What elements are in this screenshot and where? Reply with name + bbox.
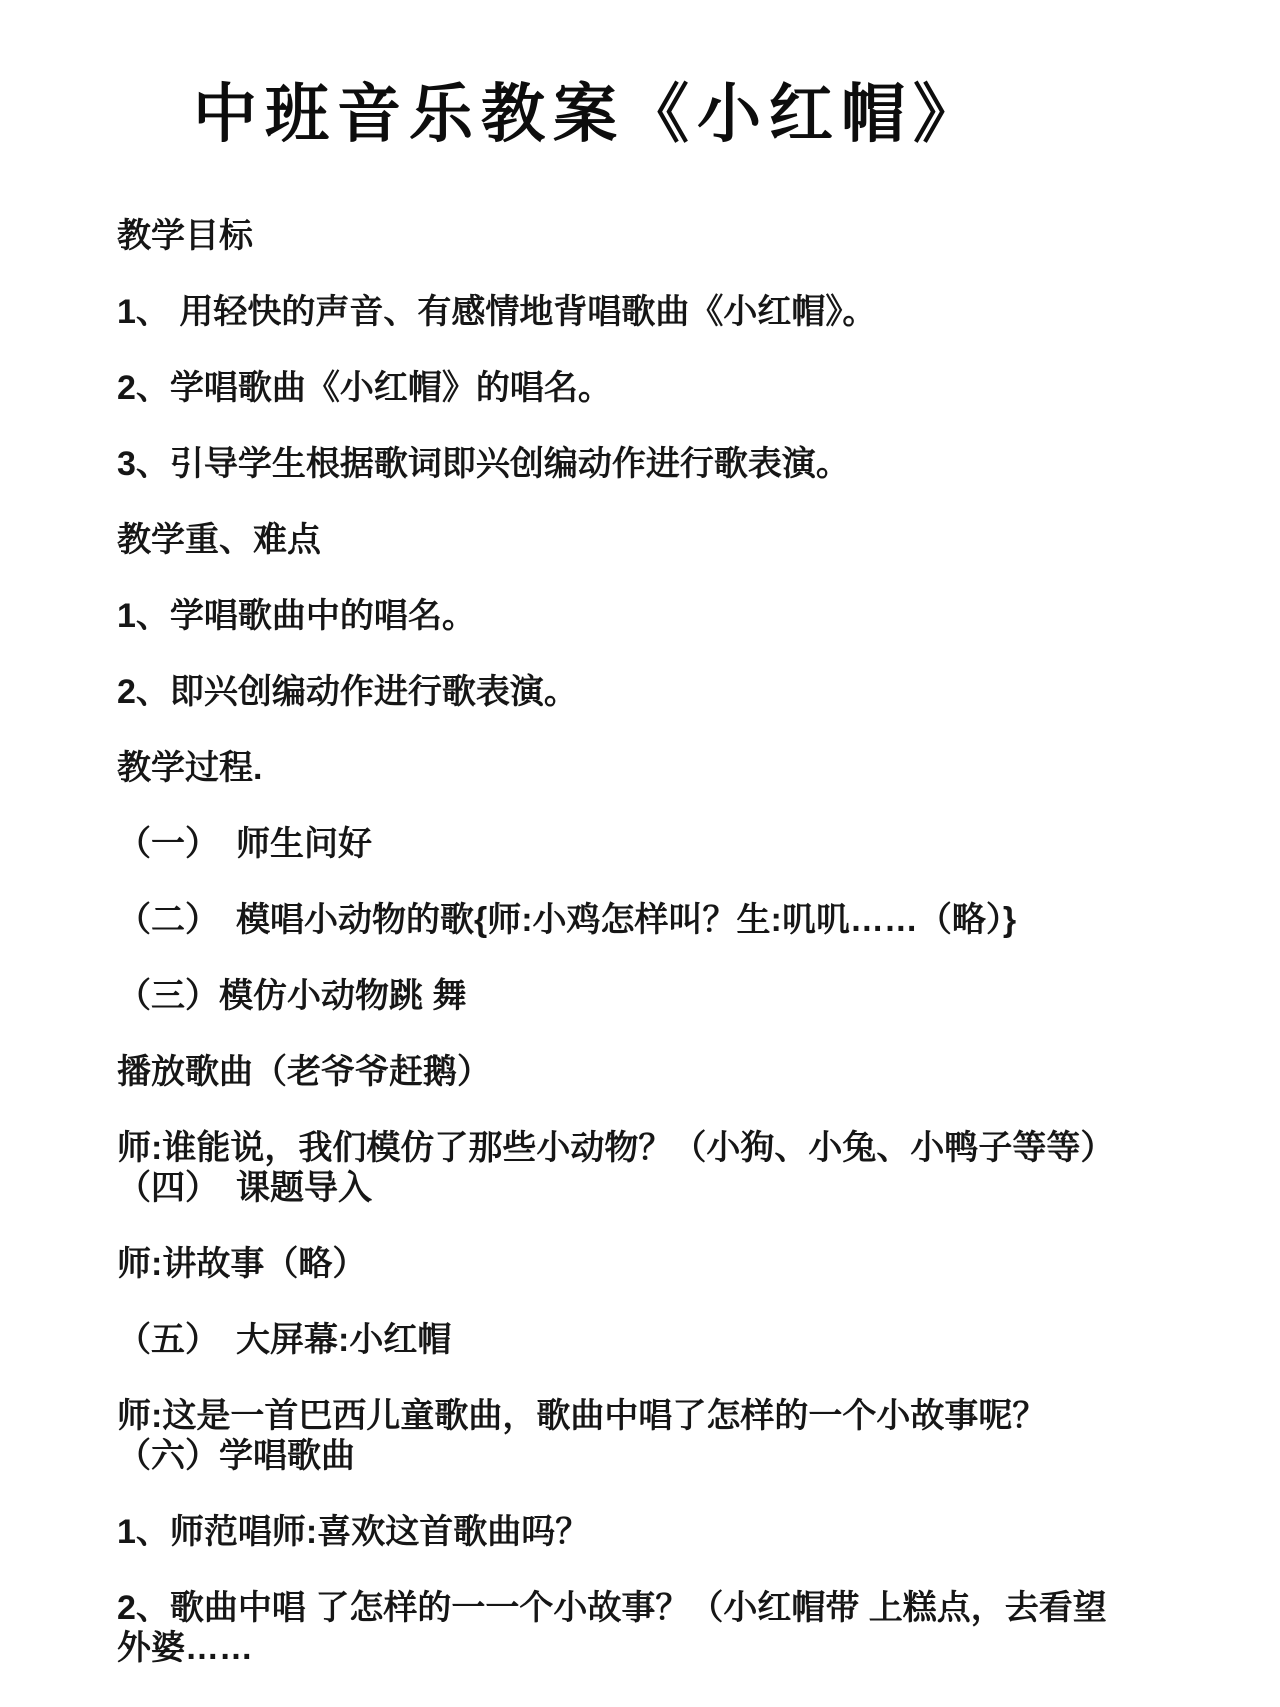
- document-title: 中班音乐教案《小红帽》: [193, 82, 1180, 146]
- text-line: （五） 大屏幕:小红帽: [117, 1320, 1180, 1360]
- text-line: 播放歌曲（老爷爷赶鹅）: [117, 1052, 1180, 1092]
- text-line: 教学过程.: [117, 748, 1180, 788]
- text-line: 师:讲故事（略）: [117, 1244, 1180, 1284]
- text-line: 师:谁能说，我们模仿了那些小动物？（小狗、小兔、小鸭子等等）: [117, 1128, 1180, 1168]
- paragraph-step-2: （二） 模唱小动物的歌{师:小鸡怎样叫？生:叽叽……（略）}: [117, 900, 1180, 940]
- paragraph-teacher-story: 师:讲故事（略）: [117, 1244, 1180, 1284]
- text-line: 1、 用轻快的声音、有感情地背唱歌曲《小红帽》。: [117, 292, 1180, 332]
- paragraph-step-3: （三）模仿小动物跳 舞: [117, 976, 1180, 1016]
- paragraph-step-1: （一） 师生问好: [117, 824, 1180, 864]
- text-line: （一） 师生问好: [117, 824, 1180, 864]
- paragraph-teaching-goals-heading: 教学目标: [117, 216, 1180, 256]
- text-line: （六）学唱歌曲: [117, 1436, 1180, 1476]
- text-line: 教学目标: [117, 216, 1180, 256]
- paragraph-key-point-2: 2、即兴创编动作进行歌表演。: [117, 672, 1180, 712]
- paragraph-teacher-question-step-4: 师:谁能说，我们模仿了那些小动物？（小狗、小兔、小鸭子等等） （四） 课题导入: [117, 1128, 1180, 1208]
- text-line: 2、即兴创编动作进行歌表演。: [117, 672, 1180, 712]
- paragraph-goal-2: 2、学唱歌曲《小红帽》的唱名。: [117, 368, 1180, 408]
- paragraph-process-heading: 教学过程.: [117, 748, 1180, 788]
- paragraph-key-point-1: 1、学唱歌曲中的唱名。: [117, 596, 1180, 636]
- text-line: 教学重、难点: [117, 520, 1180, 560]
- text-line: 1、学唱歌曲中的唱名。: [117, 596, 1180, 636]
- text-line: （四） 课题导入: [117, 1168, 1180, 1208]
- page: 中班音乐教案《小红帽》 教学目标 1、 用轻快的声音、有感情地背唱歌曲《小红帽》…: [0, 0, 1280, 1707]
- paragraph-goal-3: 3、引导学生根据歌词即兴创编动作进行歌表演。: [117, 444, 1180, 484]
- text-line: 外婆……: [117, 1628, 1180, 1668]
- paragraph-sing-2: 2、歌曲中唱 了怎样的一一个小故事？（小红帽带 上糕点，去看望 外婆……: [117, 1588, 1180, 1668]
- paragraph-sing-1: 1、师范唱师:喜欢这首歌曲吗？: [117, 1512, 1180, 1552]
- text-line: 师:这是一首巴西儿童歌曲，歌曲中唱了怎样的一个小故事呢？: [117, 1396, 1180, 1436]
- paragraph-teacher-intro-step-6: 师:这是一首巴西儿童歌曲，歌曲中唱了怎样的一个小故事呢？ （六）学唱歌曲: [117, 1396, 1180, 1476]
- text-line: 2、学唱歌曲《小红帽》的唱名。: [117, 368, 1180, 408]
- paragraph-key-points-heading: 教学重、难点: [117, 520, 1180, 560]
- paragraph-goal-1: 1、 用轻快的声音、有感情地背唱歌曲《小红帽》。: [117, 292, 1180, 332]
- text-line: （三）模仿小动物跳 舞: [117, 976, 1180, 1016]
- text-line: 1、师范唱师:喜欢这首歌曲吗？: [117, 1512, 1180, 1552]
- text-line: （二） 模唱小动物的歌{师:小鸡怎样叫？生:叽叽……（略）}: [117, 900, 1180, 940]
- paragraph-play-song: 播放歌曲（老爷爷赶鹅）: [117, 1052, 1180, 1092]
- paragraph-step-5: （五） 大屏幕:小红帽: [117, 1320, 1180, 1360]
- document-body: 教学目标 1、 用轻快的声音、有感情地背唱歌曲《小红帽》。 2、学唱歌曲《小红帽…: [117, 216, 1180, 1668]
- text-line: 2、歌曲中唱 了怎样的一一个小故事？（小红帽带 上糕点，去看望: [117, 1588, 1180, 1628]
- text-line: 3、引导学生根据歌词即兴创编动作进行歌表演。: [117, 444, 1180, 484]
